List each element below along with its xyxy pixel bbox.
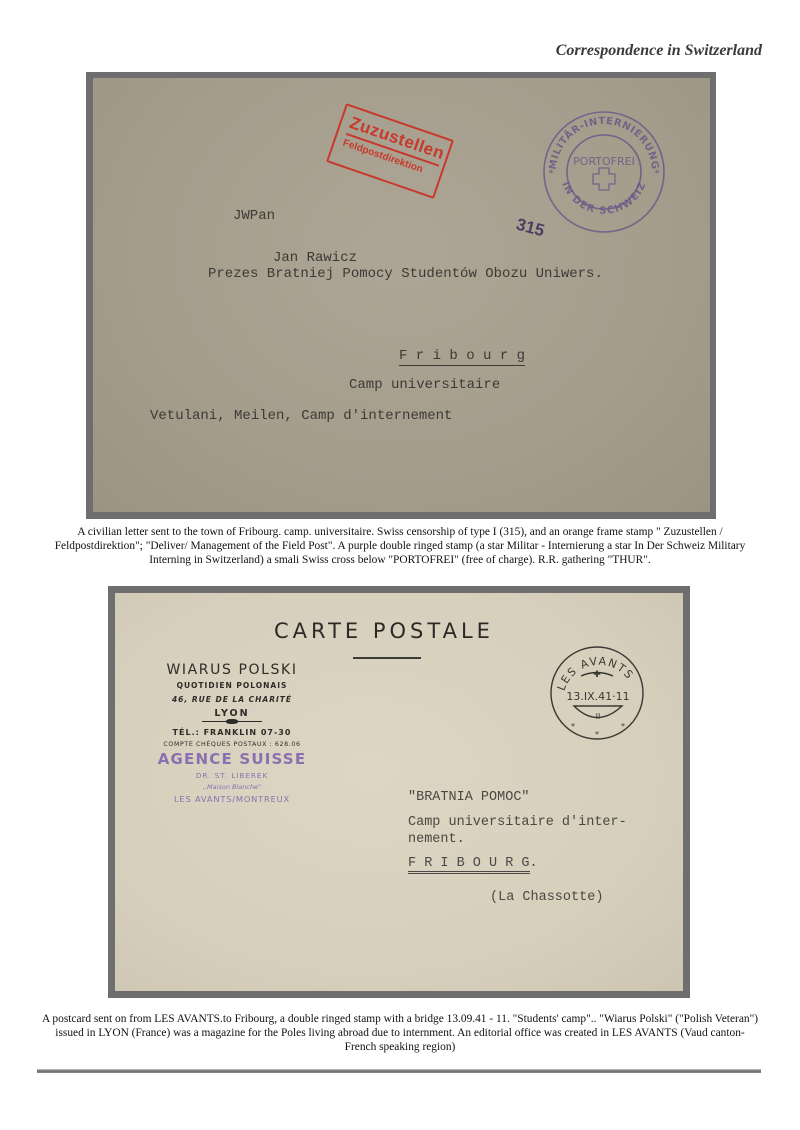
letterhead-name: WIARUS POLSKI (137, 661, 327, 679)
zuzustellen-frame-stamp: Zuzustellen Feldpostdirektion (326, 103, 454, 199)
svg-text:*: * (595, 730, 599, 739)
letterhead-subtitle: QUOTIDIEN POLONAIS (137, 681, 327, 690)
recipient-line1: "BRATNIA POMOC" (408, 790, 530, 805)
letterhead: WIARUS POLSKI QUOTIDIEN POLONAIS 46, RUE… (137, 661, 327, 804)
les-avants-postmark-icon: LES AVANTS 13.IX.41·11 II * * * ✚ (547, 643, 647, 743)
postcard-image-frame: CARTE POSTALE WIARUS POLSKI QUOTIDIEN PO… (108, 586, 690, 998)
page-bottom-rule (37, 1069, 761, 1073)
recipient-city: F R I B O U R G (408, 856, 530, 874)
address-place: Camp universitaire (349, 377, 500, 393)
envelope-image-frame: Zuzustellen Feldpostdirektion 315 MILITÄ… (86, 72, 716, 519)
svg-text:*: * (571, 722, 575, 731)
letterhead-city: LYON (137, 708, 327, 719)
letterhead-doctor: DR. ST. LIBEREK (137, 771, 327, 780)
letterhead-account: COMPTE CHÈQUES POSTAUX : 628.06 (137, 741, 327, 748)
envelope-caption: A civilian letter sent to the town of Fr… (40, 525, 760, 567)
postcard-image: CARTE POSTALE WIARUS POLSKI QUOTIDIEN PO… (115, 593, 683, 991)
letterhead-house: ,,Maison Blanche" (137, 783, 327, 791)
recipient-city-suffix: . (530, 856, 538, 871)
postcard-caption: A postcard sent on from LES AVANTS.to Fr… (40, 1012, 760, 1054)
recipient-district: (La Chassotte) (490, 890, 603, 905)
heading-underline (353, 657, 421, 659)
svg-text:IN DER SCHWEIZ: IN DER SCHWEIZ (559, 180, 649, 217)
svg-text:II: II (596, 712, 601, 721)
svg-text:*: * (621, 722, 625, 731)
carte-postale-heading: CARTE POSTALE (274, 619, 494, 643)
svg-text:*: * (549, 169, 554, 179)
letterhead-place: LES AVANTS/MONTREUX (137, 794, 327, 804)
postmark-date: 13.IX.41·11 (566, 690, 629, 703)
letterhead-agency: AGENCE SUISSE (137, 750, 327, 768)
letterhead-tel: TÉL.: FRANKLIN 07-30 (137, 728, 327, 737)
envelope-image: Zuzustellen Feldpostdirektion 315 MILITÄ… (93, 78, 710, 512)
page-title: Correspondence in Switzerland (556, 42, 762, 60)
svg-text:PORTOFREI: PORTOFREI (573, 155, 635, 168)
recipient-city-row: F R I B O U R G. (408, 856, 538, 871)
recipient-line3: nement. (408, 832, 465, 847)
portofrei-round-stamp-icon: MILITÄR-INTERNIERUNG IN DER SCHWEIZ PORT… (539, 107, 669, 237)
address-salutation: JWPan (233, 208, 275, 224)
svg-text:*: * (655, 169, 660, 179)
address-city: F r i b o u r g (399, 348, 525, 366)
svg-text:✚: ✚ (593, 670, 601, 680)
recipient-line2: Camp universitaire d'inter- (408, 815, 627, 830)
address-name: Jan Rawicz (273, 250, 357, 266)
ornament-divider-icon (202, 721, 262, 722)
address-title: Prezes Bratniej Pomocy Studentów Obozu U… (208, 266, 603, 282)
letterhead-address: 46, RUE DE LA CHARITÉ (137, 695, 327, 704)
sender-line: Vetulani, Meilen, Camp d'internement (150, 408, 452, 424)
